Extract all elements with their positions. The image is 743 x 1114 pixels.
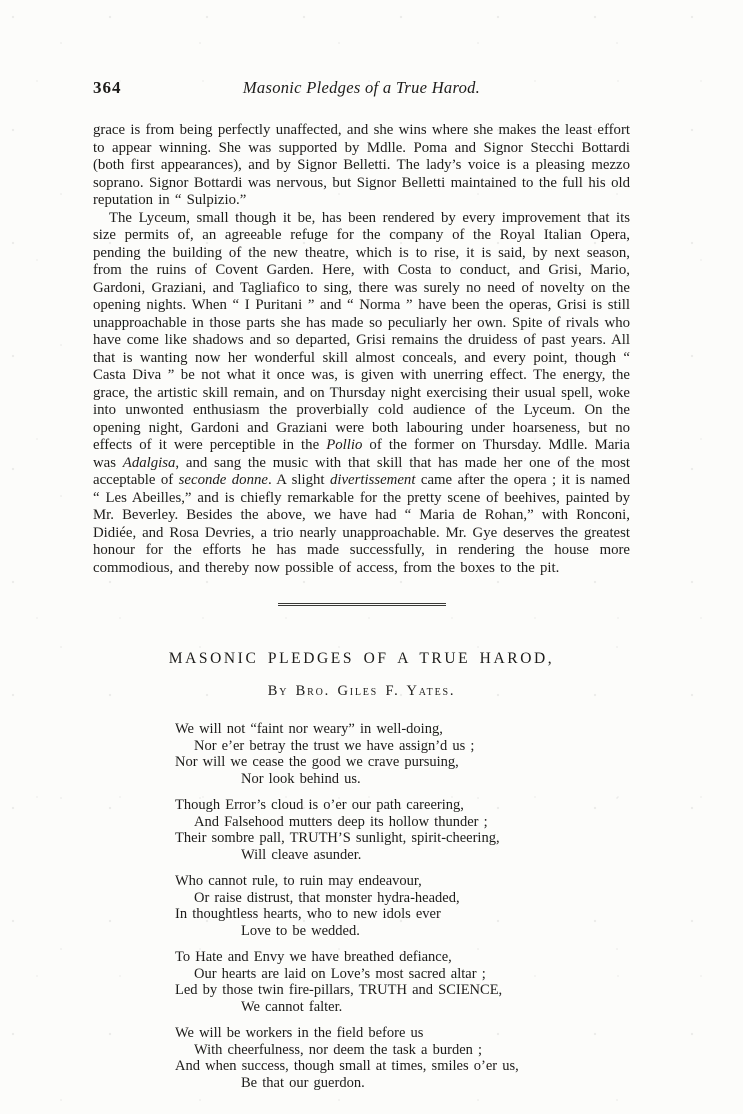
poem-line: To Hate and Envy we have breathed defian…	[175, 949, 630, 966]
poem-line: Nor e’er betray the trust we have assign…	[175, 738, 630, 755]
text-run: . A slight	[268, 472, 330, 488]
running-title: Masonic Pledges of a True Harod.	[93, 78, 630, 98]
italic-text-run: seconde donne	[179, 472, 268, 488]
poem-line: We cannot falter.	[175, 999, 630, 1016]
poem-line: Nor will we cease the good we crave purs…	[175, 754, 630, 771]
page-number: 364	[93, 78, 122, 98]
italic-text-run: Adalgisa	[123, 455, 176, 471]
poem-line: Though Error’s cloud is o’er our path ca…	[175, 797, 630, 814]
poem-line: Will cleave asunder.	[175, 847, 630, 864]
poem-title: MASONIC PLEDGES OF A TRUE HAROD,	[93, 650, 630, 668]
stanza: We will be workers in the field before u…	[175, 1025, 630, 1091]
stanza: To Hate and Envy we have breathed defian…	[175, 949, 630, 1015]
poem-byline: By Bro. Giles F. Yates.	[93, 683, 630, 700]
poem-line: And when success, though small at times,…	[175, 1058, 630, 1075]
poem-line: We will not “faint nor weary” in well-do…	[175, 721, 630, 738]
poem-line: Nor look behind us.	[175, 771, 630, 788]
paragraph: grace is from being perfectly unaffected…	[93, 122, 630, 210]
stanza: Though Error’s cloud is o’er our path ca…	[175, 797, 630, 863]
text-run: grace is from being perfectly unaffected…	[93, 122, 630, 208]
poem-line: Led by those twin fire-pillars, TRUTH an…	[175, 982, 630, 999]
poem-stanzas: We will not “faint nor weary” in well-do…	[175, 721, 630, 1091]
article-body: grace is from being perfectly unaffected…	[93, 122, 630, 577]
scanned-book-page: 364 Masonic Pledges of a True Harod. gra…	[0, 0, 743, 1114]
page-header: 364 Masonic Pledges of a True Harod.	[93, 78, 630, 104]
text-run: The Lyceum, small though it be, has been…	[93, 210, 630, 454]
poem-line: With cheerfulness, nor deem the task a b…	[175, 1042, 630, 1059]
poem-line: Be that our guerdon.	[175, 1075, 630, 1092]
stanza: Who cannot rule, to ruin may endeavour,O…	[175, 873, 630, 939]
poem-section: MASONIC PLEDGES OF A TRUE HAROD, By Bro.…	[93, 650, 630, 1091]
paragraph: The Lyceum, small though it be, has been…	[93, 210, 630, 578]
poem-line: We will be workers in the field before u…	[175, 1025, 630, 1042]
poem-line: Or raise distrust, that monster hydra-he…	[175, 890, 630, 907]
poem-line: And Falsehood mutters deep its hollow th…	[175, 814, 630, 831]
poem-line: In thoughtless hearts, who to new idols …	[175, 906, 630, 923]
italic-text-run: divertissement	[330, 472, 415, 488]
stanza: We will not “faint nor weary” in well-do…	[175, 721, 630, 787]
poem-line: Love to be wedded.	[175, 923, 630, 940]
section-divider	[278, 603, 446, 606]
italic-text-run: Pollio	[326, 437, 362, 453]
poem-line: Our hearts are laid on Love’s most sacre…	[175, 966, 630, 983]
poem-line: Who cannot rule, to ruin may endeavour,	[175, 873, 630, 890]
poem-line: Their sombre pall, TRUTH’S sunlight, spi…	[175, 830, 630, 847]
